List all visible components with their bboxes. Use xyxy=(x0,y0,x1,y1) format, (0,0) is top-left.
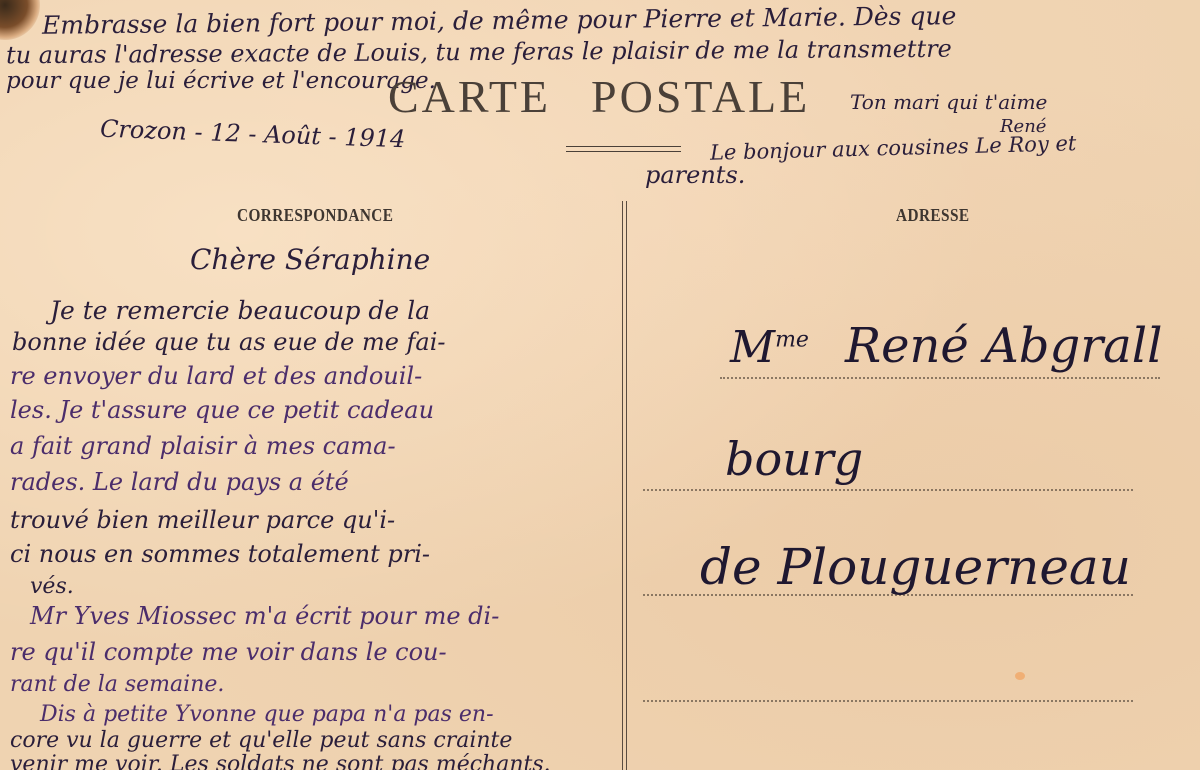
divider-line-right xyxy=(626,201,627,770)
postcard-back: Embrasse la bien fort pour moi, de même … xyxy=(0,0,1200,770)
letter-line-8: ci nous en sommes totalement pri- xyxy=(10,542,430,566)
letter-line-5: a fait grand plaisir à mes cama- xyxy=(10,434,396,458)
ink-spot xyxy=(1015,672,1025,680)
letter-line-12: rant de la semaine. xyxy=(10,674,224,696)
letter-line-9: vés. xyxy=(30,576,74,598)
top-note-line-2: tu auras l'adresse exacte de Louis, tu m… xyxy=(6,37,952,68)
top-note-line-3: pour que je lui écrive et l'encourage. xyxy=(6,70,436,93)
address-line-1 xyxy=(720,377,1160,379)
letter-line-11: re qu'il compte me voir dans le cou- xyxy=(10,640,447,664)
card-title-word-1: CARTE xyxy=(388,71,551,122)
letter-line-14: core vu la guerre et qu'elle peut sans c… xyxy=(10,730,512,752)
divider-line-left xyxy=(622,201,623,770)
letter-line-2: bonne idée que tu as eue de me fai- xyxy=(12,330,446,354)
regards-line-2: parents. xyxy=(645,163,745,187)
letter-line-6: rades. Le lard du pays a été xyxy=(10,470,349,494)
recipient-street: bourg xyxy=(725,436,863,482)
title-rule-bottom xyxy=(566,151,681,152)
dateline: Crozon - 12 - Août - 1914 xyxy=(100,117,406,152)
corner-stain xyxy=(0,0,40,40)
address-line-2 xyxy=(643,489,1133,491)
letter-line-7: trouvé bien meilleur parce qu'i- xyxy=(10,508,395,532)
regards-line: Le bonjour aux cousines Le Roy et xyxy=(710,133,1077,164)
letter-line-4: les. Je t'assure que ce petit cadeau xyxy=(10,398,434,422)
address-line-4 xyxy=(643,700,1133,702)
signature-line: Ton mari qui t'aime xyxy=(850,92,1047,112)
correspondence-label: CORRESPONDANCE xyxy=(237,205,393,226)
recipient-fullname: René Abgrall xyxy=(845,318,1163,374)
top-note-line-1: Embrasse la bien fort pour moi, de même … xyxy=(42,3,957,38)
salutation: Chère Séraphine xyxy=(190,246,430,274)
address-label: ADRESSE xyxy=(896,205,970,226)
title-rule-top xyxy=(566,146,681,147)
recipient-name: Mme René Abgrall xyxy=(730,322,1162,370)
card-title-word-2: POSTALE xyxy=(591,71,810,122)
recipient-title: M xyxy=(730,322,775,373)
letter-line-3: re envoyer du lard et des andouil- xyxy=(10,364,422,388)
letter-line-1: Je te remercie beaucoup de la xyxy=(50,298,430,323)
card-title: CARTEPOSTALE xyxy=(388,74,810,120)
letter-line-15: venir me voir. Les soldats ne sont pas m… xyxy=(10,754,551,770)
letter-line-10: Mr Yves Miossec m'a écrit pour me di- xyxy=(30,604,499,628)
letter-line-13: Dis à petite Yvonne que papa n'a pas en- xyxy=(40,704,494,726)
recipient-title-sup: me xyxy=(775,327,809,352)
recipient-town: de Plouguerneau xyxy=(700,542,1131,592)
